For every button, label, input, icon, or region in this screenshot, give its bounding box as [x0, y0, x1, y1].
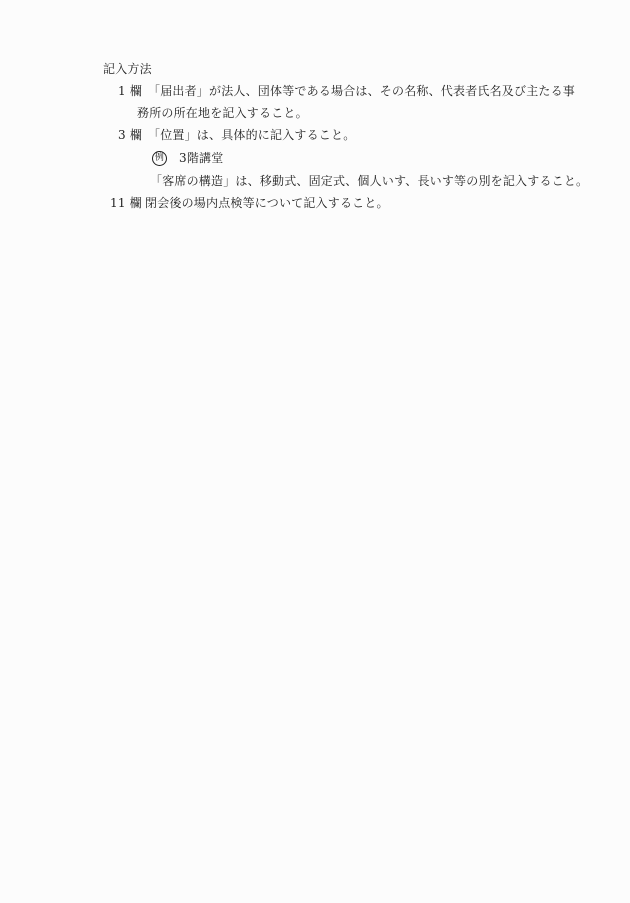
section-heading: 記入方法: [103, 61, 152, 78]
entry-3-example-row: 例 3階講堂: [152, 150, 223, 167]
entry-3-label: 3 欄: [118, 127, 148, 144]
entry-1-label: 1 欄: [118, 83, 148, 100]
entry-3-text: 「位置」は、具体的に記入すること。: [148, 127, 355, 144]
entry-3-supplement: 「客席の構造」は、移動式、固定式、個人いす、長いす等の別を記入すること。: [150, 173, 588, 190]
entry-1-text-line-1: 「届出者」が法人、団体等である場合は、その名称、代表者氏名及び主たる事: [148, 83, 575, 100]
entry-1-text-line-2: 務所の所在地を記入すること。: [137, 105, 308, 122]
entry-3-row: 3 欄 「位置」は、具体的に記入すること。: [118, 127, 355, 144]
entry-11-row: 11 欄 閉会後の場内点検等について記入すること。: [110, 195, 389, 212]
entry-3-example-text: 3階講堂: [179, 150, 223, 167]
document-page: 記入方法 1 欄 「届出者」が法人、団体等である場合は、その名称、代表者氏名及び…: [0, 0, 630, 903]
entry-11-label: 11 欄: [110, 195, 145, 212]
example-circle-icon: 例: [152, 151, 167, 166]
entry-11-text: 閉会後の場内点検等について記入すること。: [145, 195, 389, 212]
entry-1-row: 1 欄 「届出者」が法人、団体等である場合は、その名称、代表者氏名及び主たる事: [118, 83, 575, 100]
